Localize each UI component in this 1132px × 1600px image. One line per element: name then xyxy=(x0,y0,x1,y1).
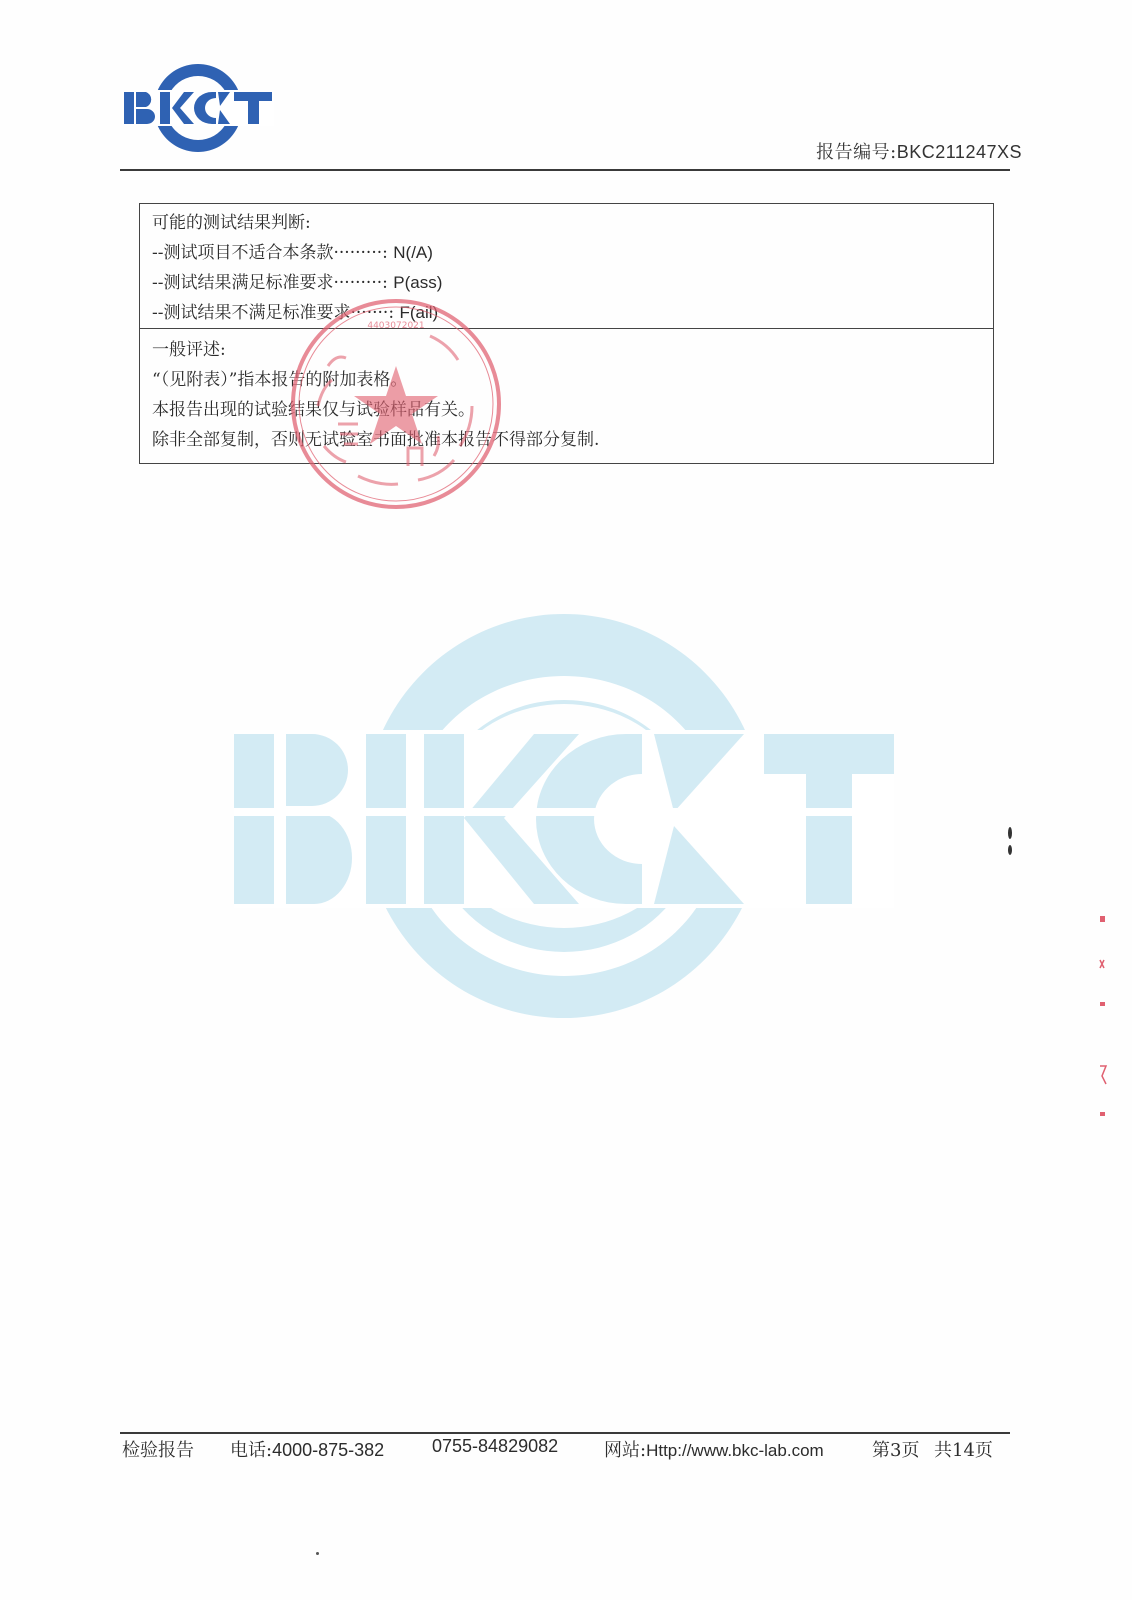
footer-phone2: 0755-84829082 xyxy=(432,1436,558,1457)
header-divider xyxy=(120,169,1010,171)
footer-phone1: 4000-875-382 xyxy=(272,1440,384,1460)
verdict-remarks-table: 可能的测试结果判断: --测试项目不适合本条款·········: N(/A) … xyxy=(139,203,994,464)
remarks-line: “（见附表）”指本报告的附加表格。 xyxy=(152,365,993,395)
remarks-line: 本报告出现的试验结果仅与试验样品有关。 xyxy=(152,395,993,425)
verdict-item: --测试结果不满足标准要求·······: F(ail) xyxy=(152,298,993,328)
footer-website-link[interactable]: Http://www.bkc-lab.com xyxy=(646,1441,824,1460)
bkct-watermark-icon xyxy=(234,612,894,1022)
footer-phone-label: 电话: xyxy=(230,1440,272,1461)
footer-phone: 电话:4000-875-382 xyxy=(230,1436,384,1462)
report-page: 报告编号:BKC211247XS 可能的测试结果判断: --测试项目不适合本条款… xyxy=(0,0,1132,1600)
remarks-title: 一般评述: xyxy=(152,335,993,365)
report-number: 报告编号:BKC211247XS xyxy=(816,138,1022,164)
verdict-item-code: N(/A) xyxy=(393,243,433,262)
verdict-section: 可能的测试结果判断: --测试项目不适合本条款·········: N(/A) … xyxy=(140,204,993,328)
footer-website-label: 网站: xyxy=(604,1440,646,1461)
bkct-logo-icon xyxy=(122,62,274,154)
footer-page-current: 第3页 xyxy=(872,1436,919,1462)
verdict-item: --测试结果满足标准要求·········: P(ass) xyxy=(152,268,993,298)
footer-divider xyxy=(120,1432,1010,1434)
verdict-item: --测试项目不适合本条款·········: N(/A) xyxy=(152,238,993,268)
report-number-label: 报告编号: xyxy=(816,142,897,163)
verdict-item-text: --测试结果不满足标准要求·······: xyxy=(152,303,394,323)
scan-artifacts xyxy=(1000,820,1110,1130)
verdict-item-code: P(ass) xyxy=(393,273,442,292)
verdict-item-code: F(ail) xyxy=(399,303,438,322)
remarks-line: 除非全部复制，否则无试验室书面批准本报告不得部分复制. xyxy=(152,425,993,455)
verdict-item-text: --测试项目不适合本条款·········: xyxy=(152,243,388,263)
footer-title: 检验报告 xyxy=(122,1436,194,1462)
verdict-title: 可能的测试结果判断: xyxy=(152,208,993,238)
verdict-item-text: --测试结果满足标准要求·········: xyxy=(152,273,388,293)
footer-website: 网站:Http://www.bkc-lab.com xyxy=(604,1436,824,1462)
footer-page-total: 共14页 xyxy=(934,1436,993,1462)
remarks-section: 一般评述: “（见附表）”指本报告的附加表格。 本报告出现的试验结果仅与试验样品… xyxy=(140,328,993,463)
report-number-value: BKC211247XS xyxy=(897,142,1022,162)
scan-speck xyxy=(316,1552,319,1555)
